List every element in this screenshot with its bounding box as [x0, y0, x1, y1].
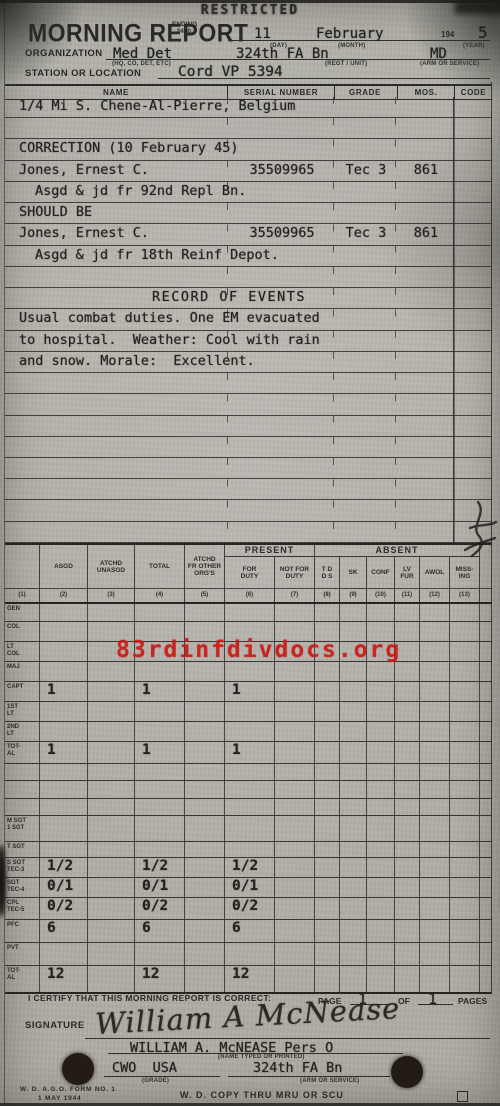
asgd-value: 0/1 [40, 878, 88, 897]
duty-value: 1 [225, 682, 275, 701]
entry-text: Asgd & jd fr 18th Reinf Depot. [35, 247, 279, 263]
roster-row [5, 267, 492, 288]
row-label: PFC [5, 920, 40, 942]
row-label: SGT TEC-4 [5, 878, 40, 897]
roster-row: Asgd & jd fr 18th Reinf Depot. [5, 246, 492, 267]
stats-row-msgt: M SGT 1 SGT [5, 816, 492, 842]
organization-label: ORGANIZATION [25, 48, 102, 59]
asgd-value: 6 [40, 920, 88, 942]
roster-row: Asgd & jd fr 92nd Repl Bn. [5, 182, 492, 203]
entry-grade: Tec 3 [335, 162, 397, 178]
organization-parent-unit: 324th FA Bn [236, 46, 329, 62]
total-value: 1 [135, 682, 185, 701]
roster-row: Jones, Ernest C.35509965Tec 3861 [5, 161, 492, 182]
stats-col-asgd: ASGD [40, 545, 88, 588]
signature-label: SIGNATURE [25, 1020, 85, 1031]
stats-col-td-ds: T D D S [315, 557, 340, 588]
station-label: STATION OR LOCATION [25, 68, 141, 79]
stats-col-awol: AWOL [420, 557, 450, 588]
row-label: PVT [5, 943, 40, 965]
punch-hole-left [62, 1053, 94, 1085]
stats-row-officer-total: TOT- AL111 [5, 742, 492, 764]
day-value: 11 [254, 26, 271, 42]
punch-hole-right [391, 1056, 423, 1088]
stats-row-pfc: PFC666 [5, 920, 492, 943]
duty-value: 0/1 [225, 878, 275, 897]
copy-routing-text: W. D. COPY THRU MRU OR SCU [180, 1090, 344, 1100]
roster-row: RECORD OF EVENTS [5, 288, 492, 309]
entry-text: SHOULD BE [19, 204, 92, 220]
duty-value: 1/2 [225, 858, 275, 877]
entry-text: Usual combat duties. One EM evacuated [19, 310, 320, 326]
total-value: 1/2 [135, 858, 185, 877]
duty-value: 12 [225, 966, 275, 992]
morning-report-document: RESTRICTED MORNING REPORT ENDING 2400. 1… [0, 0, 500, 1106]
entry-mos: 861 [398, 162, 454, 178]
stats-row-tsgt: T SGT [5, 842, 492, 858]
stats-col-sk: SK [340, 557, 367, 588]
roster-row [5, 479, 492, 500]
stats-row-blank [5, 764, 492, 781]
stats-row-enlisted-total: TOT- AL121212 [5, 966, 492, 994]
asgd-value: 1 [40, 682, 88, 701]
entry-text: CORRECTION (10 February 45) [19, 140, 238, 156]
stats-row-blank [5, 799, 492, 816]
entry-text: and snow. Morale: Excellent. [19, 353, 255, 369]
colnum-2: (2) [40, 588, 88, 602]
roster-body: 1/4 Mi S. Chene-Al-Pierre, Belgium CORRE… [5, 97, 492, 543]
colnum-11: (11) [395, 588, 420, 602]
colnum-10: (10) [367, 588, 395, 602]
entry-name: Jones, Ernest C. [19, 225, 149, 241]
stats-col-lv-fur: LV FUR [395, 557, 420, 588]
stats-col-missing: MISS- ING [450, 557, 480, 588]
arm-value: 324th FA Bn [253, 1060, 342, 1076]
total-value: 12 [135, 966, 185, 992]
roster-row: and snow. Morale: Excellent. [5, 352, 492, 373]
colnum-6: (6) [225, 588, 275, 602]
entry-text: to hospital. Weather: Cool with rain [19, 332, 320, 348]
stats-row-sgt-tec4: SGT TEC-40/10/10/1 [5, 878, 492, 898]
roster-row [5, 416, 492, 437]
row-label: GEN [5, 604, 40, 621]
ending-word: ENDING [172, 21, 197, 28]
stats-col-conf: CONF [367, 557, 395, 588]
stats-margin [480, 588, 492, 602]
entry-serial: 35509965 [230, 162, 334, 178]
row-label: MAJ [5, 662, 40, 681]
duty-value: 1 [225, 742, 275, 763]
duty-value: 0/2 [225, 898, 275, 919]
roster-row: 1/4 Mi S. Chene-Al-Pierre, Belgium [5, 97, 492, 118]
form-number: W. D. A.G.O. FORM NO. 1 [20, 1086, 116, 1093]
stats-col-total: TOTAL [135, 545, 185, 588]
asgd-value: 12 [40, 966, 88, 992]
row-label: 1ST LT [5, 702, 40, 721]
pages-underline [418, 992, 453, 1005]
roster-row [5, 118, 492, 139]
stats-row-1stlt: 1ST LT [5, 702, 492, 722]
roster-row: CORRECTION (10 February 45) [5, 139, 492, 160]
row-label: TOT- AL [5, 966, 40, 992]
grade-value: CWO USA [112, 1060, 177, 1076]
arm-of-service-value: MD [430, 46, 447, 62]
total-value: 0/2 [135, 898, 185, 919]
colnum-1: (1) [5, 588, 40, 602]
total-value: 0/1 [135, 878, 185, 897]
ending-time: 2400. [177, 28, 193, 35]
duty-value: 6 [225, 920, 275, 942]
pen-flourish-mark [450, 498, 498, 560]
roster-row [5, 500, 492, 521]
roster-row [5, 373, 492, 394]
station-value: Cord VP 5394 [178, 64, 283, 80]
ending-label: ENDING 2400. [172, 21, 197, 35]
stats-row-2ndlt: 2ND LT [5, 722, 492, 742]
arm-caption: (ARM OR SERVICE) [300, 1078, 359, 1084]
entry-mos: 861 [398, 225, 454, 241]
stats-row-ssgt-tec3: S SGT TEC-31/21/21/2 [5, 858, 492, 878]
row-label: CAPT [5, 682, 40, 701]
grade-caption: (GRADE) [142, 1078, 169, 1084]
asgd-value: 0/2 [40, 898, 88, 919]
roster-row: SHOULD BE [5, 203, 492, 224]
entry-grade: Tec 3 [335, 225, 397, 241]
roster-row: to hospital. Weather: Cool with rain [5, 331, 492, 352]
form-date: 1 MAY 1944 [38, 1095, 81, 1102]
stats-row-blank [5, 781, 492, 799]
strength-stats-table: ASGD ATCHD UNASGD TOTAL ATCHD FR OTHER O… [5, 543, 492, 994]
year-printed: 194 [441, 30, 454, 39]
roster-row [5, 437, 492, 458]
entry-name: Jones, Ernest C. [19, 162, 149, 178]
colnum-13: (13) [450, 588, 480, 602]
colnum-8: (8) [315, 588, 340, 602]
row-label: CPL TEC-5 [5, 898, 40, 919]
classification-stamp: RESTRICTED [0, 3, 500, 18]
stats-col-atchd-fr-other: ATCHD FR OTHER ORG'S [185, 545, 225, 588]
organization-unit: Med Det [113, 46, 172, 62]
colnum-7: (7) [275, 588, 315, 602]
row-label: S SGT TEC-3 [5, 858, 40, 877]
colnum-4: (4) [135, 588, 185, 602]
pages-label: PAGES [458, 996, 487, 1006]
col-name: NAME [5, 88, 227, 97]
month-value: February [316, 26, 383, 42]
stats-row-cpl-tec5: CPL TEC-50/20/20/2 [5, 898, 492, 920]
record-of-events-heading: RECORD OF EVENTS [5, 289, 453, 305]
roster-row: Jones, Ernest C.35509965Tec 3861 [5, 224, 492, 245]
total-value: 6 [135, 920, 185, 942]
entry-text: 1/4 Mi S. Chene-Al-Pierre, Belgium [19, 98, 295, 114]
stats-row-gen: GEN [5, 604, 492, 622]
year-value: 5 [478, 23, 488, 42]
roster-row [5, 522, 492, 543]
row-label: M SGT 1 SGT [5, 816, 40, 841]
row-label: 2ND LT [5, 722, 40, 741]
roster-row: Usual combat duties. One EM evacuated [5, 309, 492, 330]
row-label: COL [5, 622, 40, 641]
row-label: TOT- AL [5, 742, 40, 763]
stats-col-atchd-unasgd: ATCHD UNASGD [88, 545, 135, 588]
stats-col-for-duty: FOR DUTY [225, 557, 275, 588]
footer-checkbox [457, 1091, 468, 1102]
entry-serial: 35509965 [230, 225, 334, 241]
col-grade: GRADE [335, 88, 395, 97]
colnum-9: (9) [340, 588, 367, 602]
watermark-text: 83rdinfdivdocs.org [116, 637, 401, 663]
total-value: 1 [135, 742, 185, 763]
stats-stub-head [5, 545, 40, 588]
stats-row-maj: MAJ [5, 662, 492, 682]
entry-text: Asgd & jd fr 92nd Repl Bn. [35, 183, 246, 199]
colnum-12: (12) [420, 588, 450, 602]
row-label: LT COL [5, 642, 40, 661]
stats-header: ASGD ATCHD UNASGD TOTAL ATCHD FR OTHER O… [5, 545, 492, 604]
stats-col-not-for-duty: NOT FOR DUTY [275, 557, 315, 588]
roster-row [5, 394, 492, 415]
present-group-label: PRESENT [225, 545, 315, 557]
colnum-5: (5) [185, 588, 225, 602]
roster-row [5, 458, 492, 479]
stats-row-pvt: PVT [5, 943, 492, 966]
col-code: CODE [455, 88, 492, 97]
row-label: T SGT [5, 842, 40, 857]
colnum-3: (3) [88, 588, 135, 602]
stats-row-capt: CAPT111 [5, 682, 492, 702]
asgd-value: 1 [40, 742, 88, 763]
asgd-value: 1/2 [40, 858, 88, 877]
